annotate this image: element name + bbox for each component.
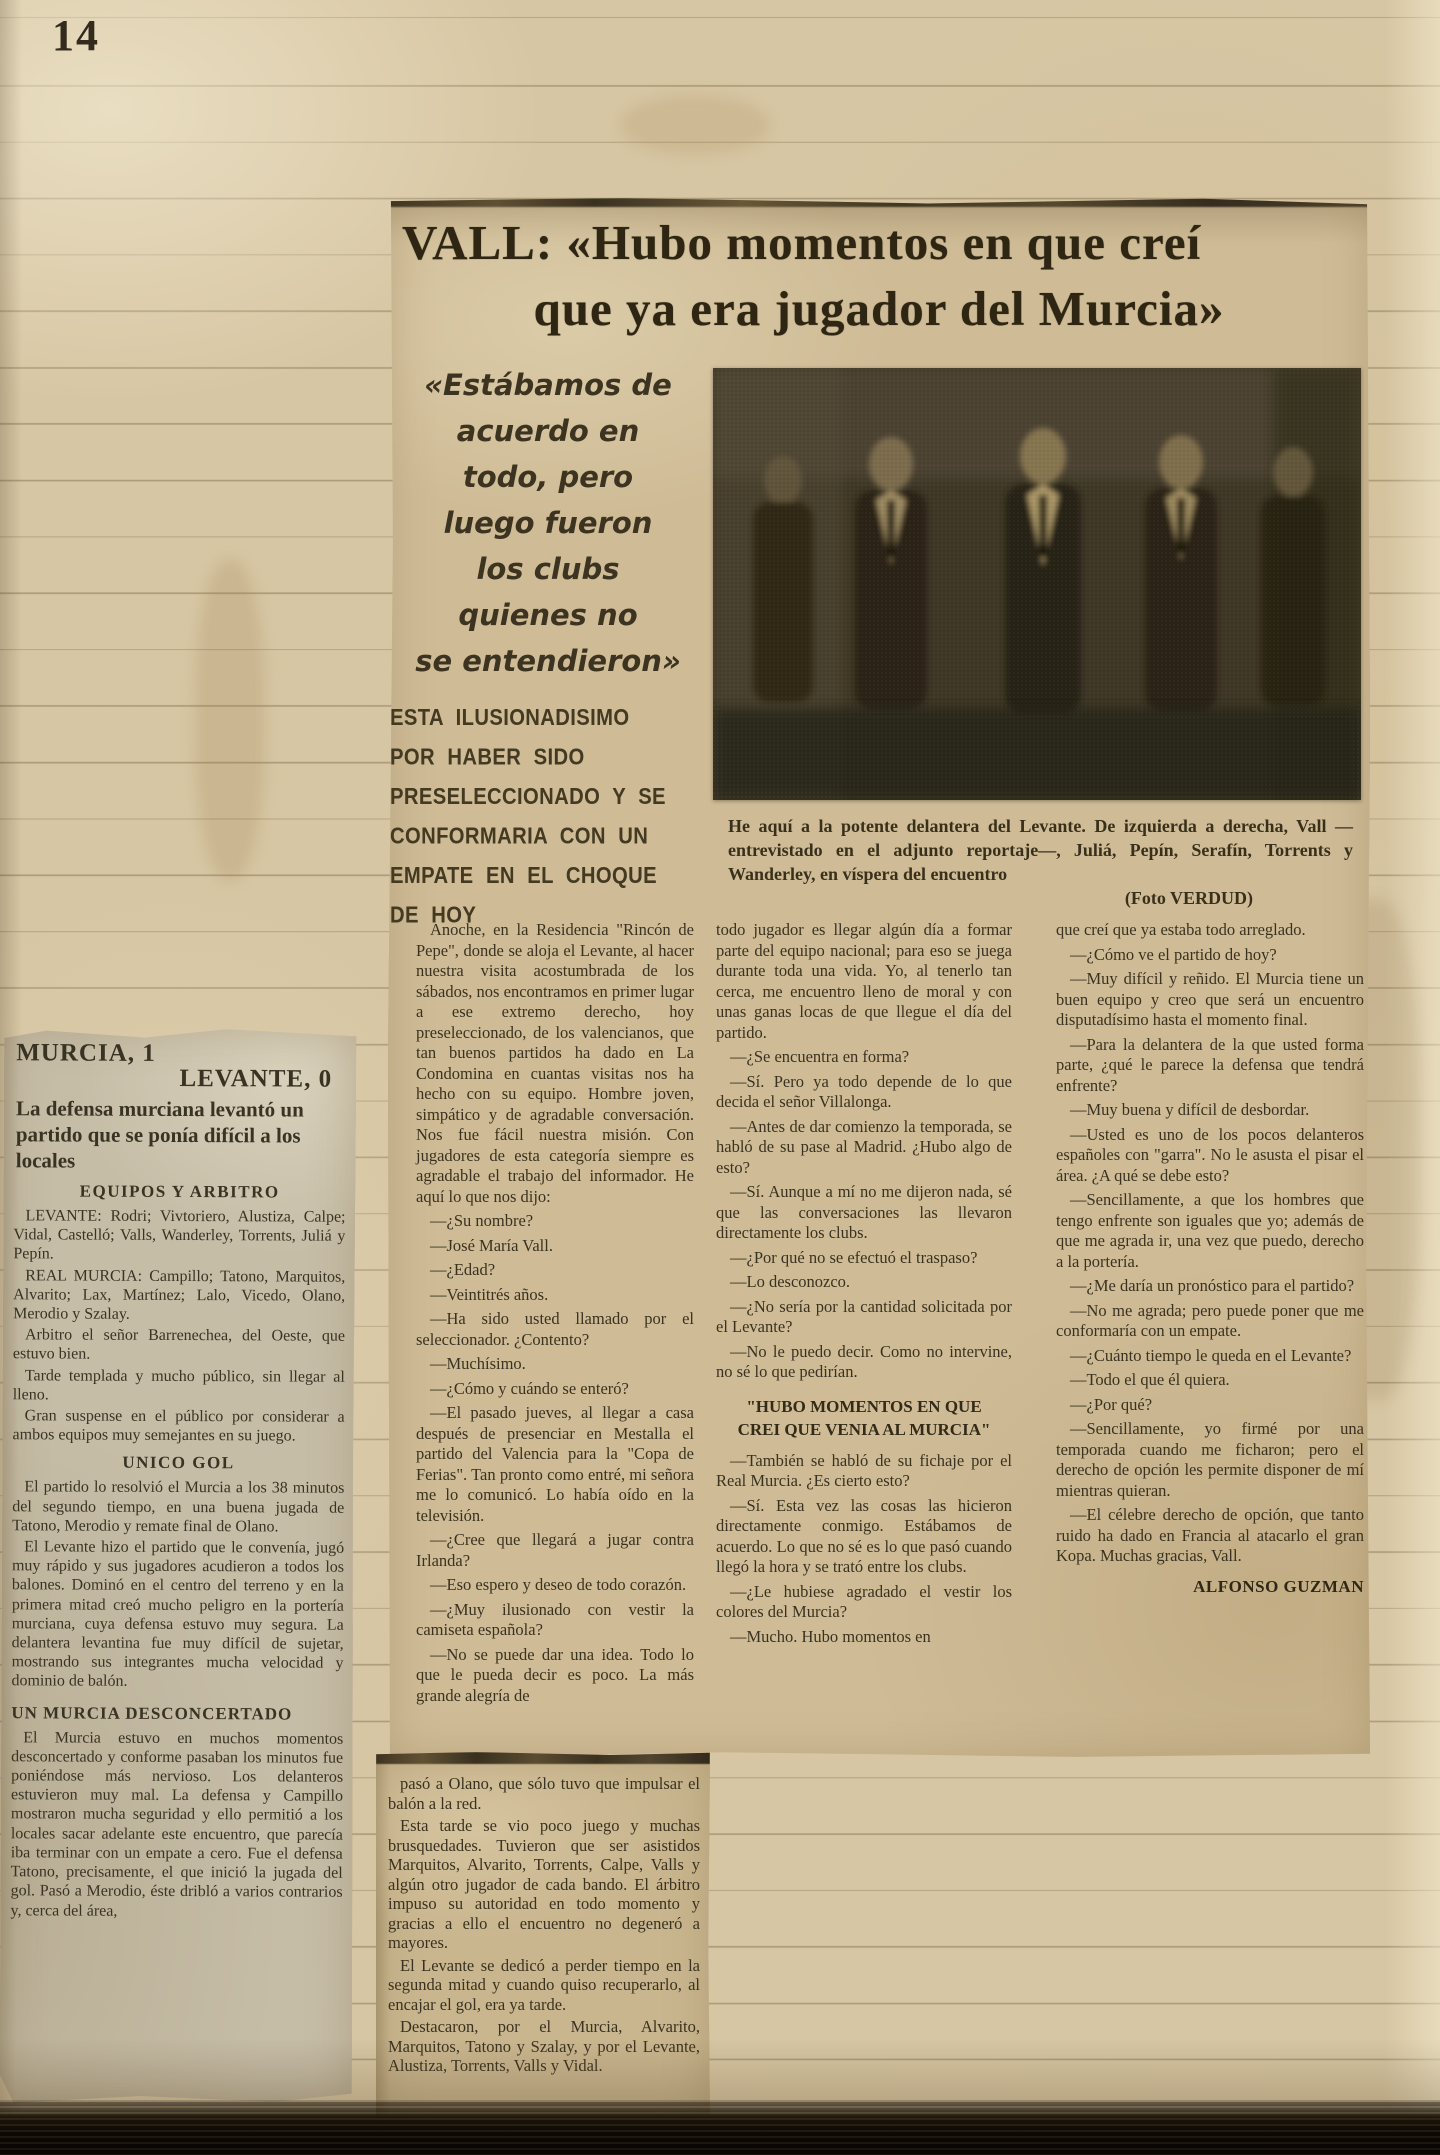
paragraph: —¿Edad?	[416, 1260, 694, 1281]
paragraph: —Usted es uno de los pocos delanteros es…	[1056, 1125, 1364, 1187]
stain	[620, 95, 770, 155]
photo-caption: He aquí a la potente delantera del Levan…	[728, 814, 1353, 886]
standfirst: ESTA ILUSIONADISIMO POR HABER SIDO PRESE…	[390, 698, 677, 935]
column-2-qa-b: —También se habló de su fichaje por el R…	[716, 1451, 1012, 1648]
pull-quote-line: «Estábamos de	[402, 362, 694, 408]
pull-quote-line: se entendieron»	[402, 638, 694, 684]
match-report-clipping: MURCIA, 1 LEVANTE, 0 La defensa murciana…	[0, 1027, 356, 2109]
paragraph: todo jugador es llegar algún día a forma…	[716, 920, 1012, 1043]
paragraph: —Todo el que él quiera.	[1056, 1370, 1364, 1391]
page-number: 14	[52, 10, 100, 61]
paragraph: —Antes de dar comienzo la temporada, se …	[716, 1117, 1012, 1179]
paragraph: —¿Cómo y cuándo se enteró?	[416, 1379, 694, 1400]
paragraph: Esta tarde se vio poco juego y muchas br…	[388, 1816, 700, 1953]
section-title-murcia-desconcertado: UN MURCIA DESCONCERTADO	[11, 1703, 343, 1723]
article-column-2: todo jugador es llegar algún día a forma…	[716, 920, 1012, 1651]
section-unico-gol: El partido lo resolvió el Murcia a los 3…	[11, 1478, 344, 1693]
paragraph: —No le puedo decir. Como no intervine, n…	[716, 1342, 1012, 1383]
paragraph: —¿Le hubiese agradado el vestir los colo…	[716, 1582, 1012, 1623]
paragraph: —¿Por qué?	[1056, 1395, 1364, 1416]
paragraph: —¿Muy ilusionado con vestir la camiseta …	[416, 1600, 694, 1641]
paragraph: El Levante se dedicó a perder tiempo en …	[388, 1956, 700, 2015]
paragraph: —¿Cómo ve el partido de hoy?	[1056, 945, 1364, 966]
paragraph: —Muy buena y difícil de desbordar.	[1056, 1100, 1364, 1121]
article-column-1: Anoche, en la Residencia "Rincón de Pepe…	[416, 920, 694, 1710]
paragraph: REAL MURCIA: Campillo; Tatono, Marquitos…	[13, 1266, 345, 1325]
paragraph: —También se habló de su fichaje por el R…	[716, 1451, 1012, 1492]
column-3-qa: —¿Cómo ve el partido de hoy?—Muy difícil…	[1056, 945, 1364, 1567]
paragraph: Tarde templada y mucho público, sin lleg…	[13, 1366, 345, 1406]
paragraph: Anoche, en la Residencia "Rincón de Pepe…	[416, 920, 694, 1207]
paragraph: El partido lo resolvió el Murcia a los 3…	[12, 1478, 344, 1537]
paragraph: que creí que ya estaba todo arreglado.	[1056, 920, 1364, 941]
paragraph: —El pasado jueves, al llegar a casa desp…	[416, 1403, 694, 1526]
paragraph: —No me agrada; pero puede poner que me c…	[1056, 1301, 1364, 1342]
levante-players-photo	[713, 368, 1361, 800]
paragraph: —¿Me daría un pronóstico para el partido…	[1056, 1276, 1364, 1297]
continuation-clipping: pasó a Olano, que sólo tuvo que impulsar…	[376, 1752, 710, 2132]
photo-illustration	[713, 368, 1361, 800]
paragraph: —José María Vall.	[416, 1236, 694, 1257]
section-murcia-desconcertado: El Murcia estuvo en muchos momentos desc…	[10, 1728, 343, 1921]
section-equipos: LEVANTE: Rodri; Vivtoriero, Alustiza, Ca…	[13, 1206, 346, 1446]
paragraph: —Eso espero y deseo de todo corazón.	[416, 1575, 694, 1596]
paragraph: —Mucho. Hubo momentos en	[716, 1627, 1012, 1648]
score-away: LEVANTE, 0	[14, 1068, 332, 1088]
paragraph: —Sí. Pero ya todo depende de lo que deci…	[716, 1072, 1012, 1113]
paragraph: —Muy difícil y reñido. El Murcia tiene u…	[1056, 969, 1364, 1031]
stain	[195, 560, 265, 880]
paragraph: —¿Cree que llegará a jugar contra Irland…	[416, 1530, 694, 1571]
score-home: MURCIA, 1	[16, 1043, 346, 1063]
paragraph: —No se puede dar una idea. Todo lo que l…	[416, 1645, 694, 1707]
paragraph: —¿Cuánto tiempo le queda en el Levante?	[1056, 1346, 1364, 1367]
paragraph: —Muchísimo.	[416, 1354, 694, 1375]
paragraph: Arbitro el señor Barrenechea, del Oeste,…	[13, 1325, 345, 1365]
paragraph: —Sencillamente, yo firmé por una tempora…	[1056, 1419, 1364, 1501]
section-title-equipos: EQUIPOS Y ARBITRO	[14, 1181, 346, 1201]
paragraph: LEVANTE: Rodri; Vivtoriero, Alustiza, Ca…	[13, 1206, 345, 1265]
byline: ALFONSO GUZMAN	[1056, 1577, 1364, 1598]
section-title-unico-gol: UNICO GOL	[12, 1453, 344, 1473]
pull-quote-line: todo, pero	[402, 454, 694, 500]
paragraph: pasó a Olano, que sólo tuvo que impulsar…	[388, 1774, 700, 1813]
paragraph: —Veintitrés años.	[416, 1285, 694, 1306]
paragraph: Destacaron, por el Murcia, Alvarito, Mar…	[388, 2017, 700, 2076]
headline-line-2: que ya era jugador del Murcia»	[388, 280, 1370, 337]
photo-credit: (Foto VERDUD)	[728, 886, 1353, 910]
page-bottom-edge	[0, 2100, 1440, 2155]
paragraph: —Para la delantera de la que usted forma…	[1056, 1035, 1364, 1097]
paragraph: —¿Su nombre?	[416, 1211, 694, 1232]
paragraph: —Sí. Esta vez las cosas las hicieron dir…	[716, 1496, 1012, 1578]
paragraph: El Murcia estuvo en muchos momentos desc…	[10, 1728, 343, 1921]
paragraph: —Ha sido usted llamado por el selecciona…	[416, 1309, 694, 1350]
pull-quote-line: luego fueron	[402, 500, 694, 546]
article-column-3: que creí que ya estaba todo arreglado. —…	[1056, 920, 1364, 1597]
paragraph: —¿Se encuentra en forma?	[716, 1047, 1012, 1068]
column-subhead: "HUBO MOMENTOS EN QUE CREI QUE VENIA AL …	[724, 1395, 1004, 1441]
pull-quote-line: quienes no	[402, 592, 694, 638]
paragraph: —Lo desconozco.	[716, 1272, 1012, 1293]
scrapbook-page: 14 VALL: «Hubo momentos en que creí que …	[0, 0, 1440, 2155]
paragraph: —El célebre derecho de opción, que tanto…	[1056, 1505, 1364, 1567]
pull-quote: «Estábamos deacuerdo entodo, peroluego f…	[402, 362, 694, 684]
paragraph: —¿Por qué no se efectuó el traspaso?	[716, 1248, 1012, 1269]
interview-clipping: VALL: «Hubo momentos en que creí que ya …	[388, 198, 1370, 1760]
paragraph: El Levante hizo el partido que le conven…	[11, 1537, 344, 1692]
pull-quote-line: acuerdo en	[402, 408, 694, 454]
headline-line-1: VALL: «Hubo momentos en que creí	[402, 214, 1358, 271]
pull-quote-line: los clubs	[402, 546, 694, 592]
column-2-qa: —¿Se encuentra en forma?—Sí. Pero ya tod…	[716, 1047, 1012, 1383]
paragraph: Gran suspense en el público por consider…	[13, 1406, 345, 1446]
paragraph: —Sí. Aunque a mí no me dijeron nada, sé …	[716, 1182, 1012, 1244]
paragraph: —Sencillamente, a que los hombres que te…	[1056, 1190, 1364, 1272]
match-subhead: La defensa murciana levantó un partido q…	[16, 1095, 346, 1174]
paragraph: —¿No sería por la cantidad solicitada po…	[716, 1297, 1012, 1338]
